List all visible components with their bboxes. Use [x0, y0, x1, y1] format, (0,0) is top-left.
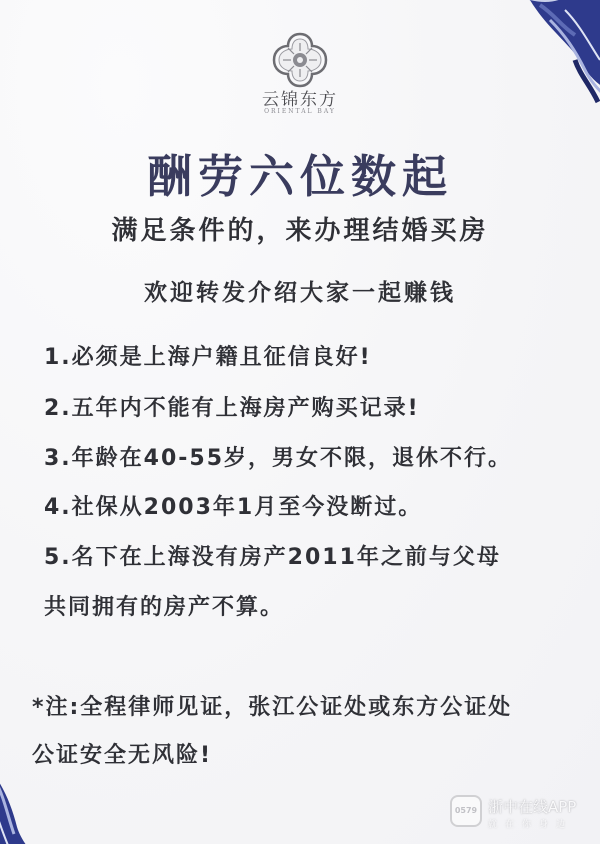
- brand-name-en: ORIENTAL BAY: [0, 108, 600, 115]
- recruitment-poster: 云锦东方 ORIENTAL BAY 酬劳六位数起 满足条件的，来办理结婚买房 欢…: [0, 0, 600, 844]
- requirement-3: 3.年龄在40-55岁，男女不限，退休不行。: [44, 441, 512, 472]
- requirement-5: 5.名下在上海没有房产2011年之前与父母: [44, 540, 501, 571]
- watermark-subtitle: 就在你身边: [488, 817, 573, 830]
- brand-name-cn: 云锦东方: [0, 85, 600, 110]
- app-logo-text: 0579: [452, 806, 480, 815]
- invite-line: 欢迎转发介绍大家一起赚钱: [0, 274, 600, 307]
- porcelain-decoration-bottom-left-icon: [0, 772, 37, 844]
- watermark-title: 浙中在线APP: [488, 796, 576, 817]
- requirement-4: 4.社保从2003年1月至今没断过。: [44, 490, 422, 521]
- app-watermark: 0579 浙中在线APP 就在你身边: [450, 795, 600, 835]
- app-logo-icon: 0579: [450, 795, 482, 827]
- requirement-2: 2.五年内不能有上海房产购买记录!: [44, 391, 420, 422]
- headline: 酬劳六位数起: [0, 140, 600, 205]
- requirement-1: 1.必须是上海户籍且征信良好!: [44, 340, 372, 371]
- brand-logo-icon: [270, 30, 330, 90]
- requirement-5-continued: 共同拥有的房产不算。: [44, 590, 284, 621]
- note-line-2: 公证安全无风险!: [32, 738, 212, 769]
- note-line-1: *注:全程律师见证，张江公证处或东方公证处: [32, 690, 512, 721]
- subheadline: 满足条件的，来办理结婚买房: [0, 210, 600, 247]
